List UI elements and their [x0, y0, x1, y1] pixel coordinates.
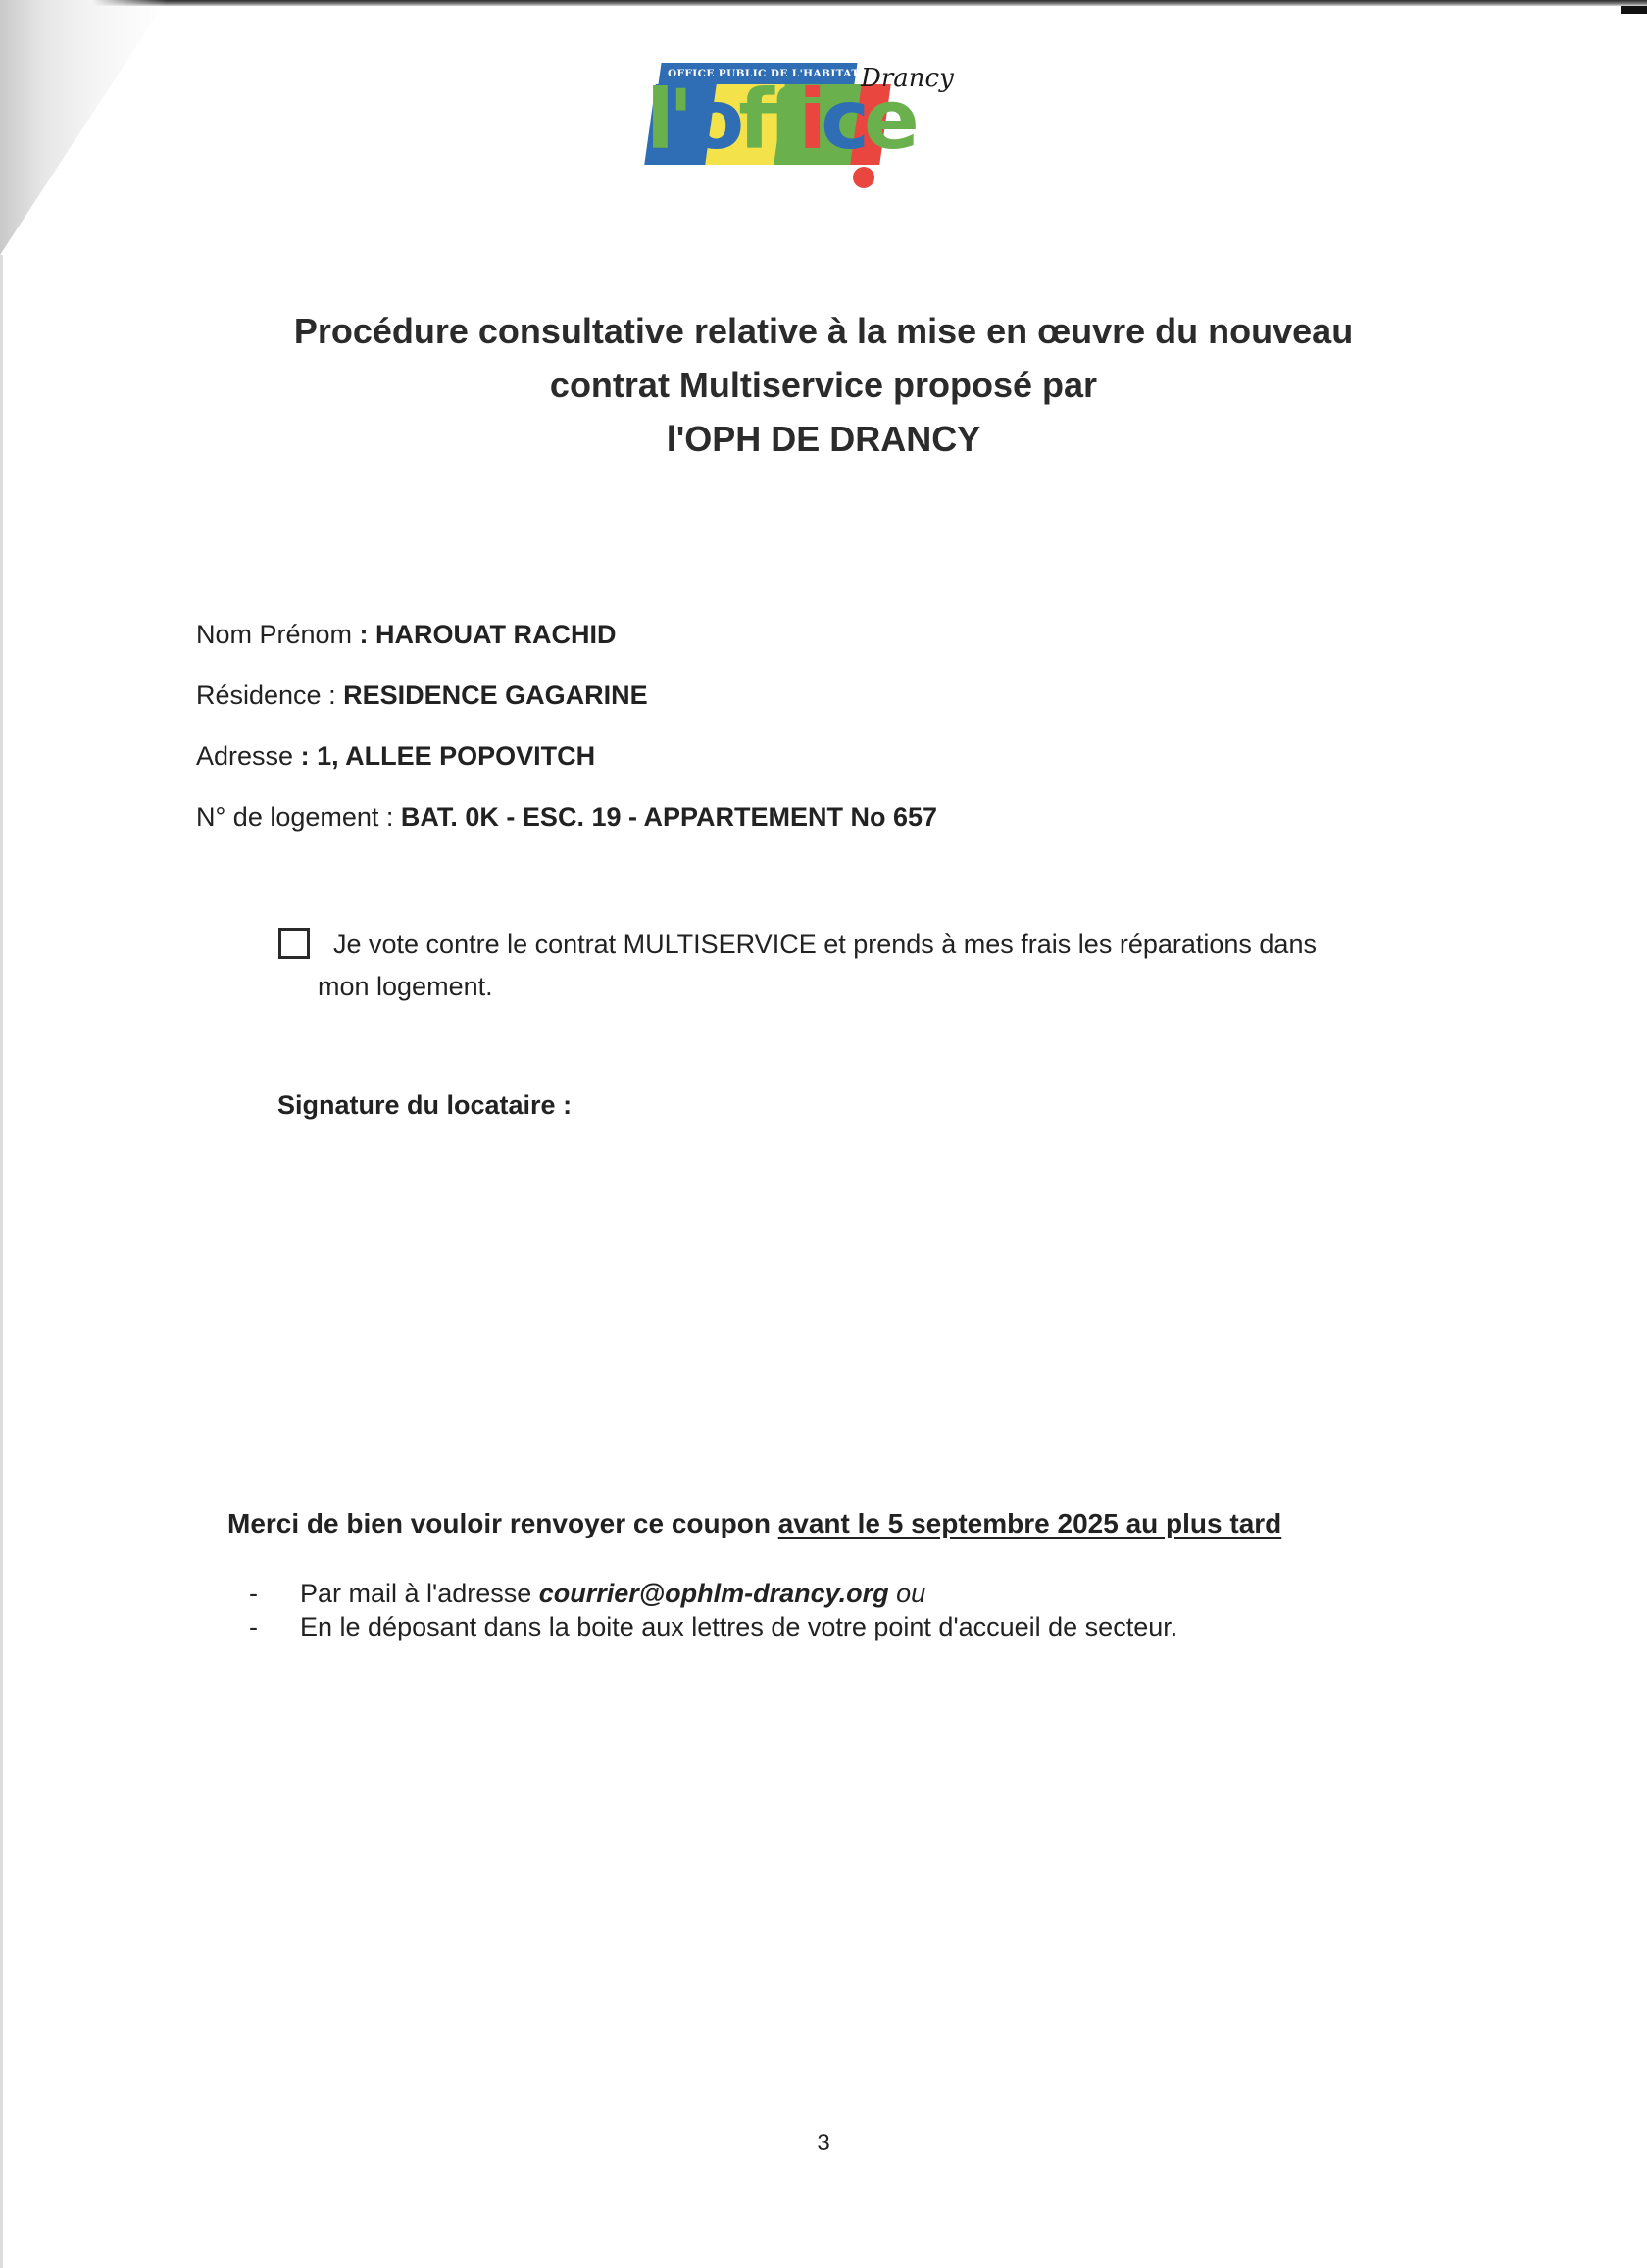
bullet-dash-icon: -	[249, 1577, 258, 1610]
title-line: l'OPH DE DRANCY	[0, 412, 1647, 466]
field-label: Résidence	[196, 680, 322, 710]
vote-against-checkbox[interactable]	[278, 928, 310, 959]
logo-letter: ff	[738, 78, 798, 161]
title-line: Procédure consultative relative à la mis…	[0, 304, 1647, 358]
notice-deadline: avant le 5 septembre 2025 au plus tard	[778, 1508, 1282, 1538]
field-label: Nom Prénom	[196, 620, 352, 649]
logo-letter: c	[821, 78, 864, 161]
logo-letter: l'	[646, 78, 688, 161]
scan-edge-left	[0, 255, 3, 2268]
scan-edge-top-right	[1621, 6, 1647, 14]
field-value: BAT. 0K - ESC. 19 - APPARTEMENT No 657	[401, 802, 937, 832]
logo-city: Drancy	[861, 64, 954, 93]
method-mailbox: -En le déposant dans la boite aux lettre…	[245, 1610, 1177, 1643]
document-title: Procédure consultative relative à la mis…	[0, 304, 1647, 466]
vote-option-label: Je vote contre le contrat MULTISERVICE e…	[333, 924, 1455, 1008]
scan-edge-top	[0, 0, 1647, 6]
field-name: Nom Prénom : HAROUAT RACHID	[196, 613, 937, 674]
method-suffix: ou	[889, 1579, 926, 1608]
tenant-info: Nom Prénom : HAROUAT RACHID Résidence : …	[196, 613, 937, 856]
method-email: -Par mail à l'adresse courrier@ophlm-dra…	[245, 1577, 1177, 1610]
method-prefix: Par mail à l'adresse	[300, 1579, 539, 1608]
vote-line-1: Je vote contre le contrat MULTISERVICE e…	[333, 930, 1317, 959]
vote-line-2: mon logement.	[318, 966, 1455, 1008]
logo-letter: o	[688, 78, 739, 161]
signature-label: Signature du locataire :	[277, 1090, 572, 1121]
return-methods: -Par mail à l'adresse courrier@ophlm-dra…	[245, 1577, 1177, 1643]
field-address: Adresse : 1, ALLEE POPOVITCH	[196, 734, 937, 795]
field-value: HAROUAT RACHID	[375, 620, 616, 649]
field-label: Adresse	[196, 741, 293, 771]
logo-red-dot-icon	[853, 167, 874, 188]
scan-folded-corner	[0, 0, 167, 255]
title-line: contrat Multiservice proposé par	[0, 358, 1647, 412]
return-notice: Merci de bien vouloir renvoyer ce coupon…	[227, 1508, 1281, 1539]
field-value: 1, ALLEE POPOVITCH	[317, 741, 595, 771]
page-number: 3	[0, 2130, 1647, 2157]
notice-text: Merci de bien vouloir renvoyer ce coupon	[227, 1508, 778, 1538]
oph-drancy-logo: OFFICE PUBLIC DE L'HABITAT l'office Dran…	[642, 59, 985, 191]
bullet-dash-icon: -	[249, 1610, 258, 1643]
field-value: RESIDENCE GAGARINE	[343, 680, 648, 710]
email-link[interactable]: courrier@ophlm-drancy.org	[539, 1579, 889, 1608]
field-housing-number: N° de logement : BAT. 0K - ESC. 19 - APP…	[196, 795, 937, 856]
method-prefix: En le déposant dans la boite aux lettres…	[300, 1612, 1177, 1641]
vote-option: Je vote contre le contrat MULTISERVICE e…	[278, 924, 1455, 1008]
logo-letter: i	[798, 78, 821, 161]
field-label: N° de logement	[196, 802, 378, 832]
field-residence: Résidence : RESIDENCE GAGARINE	[196, 674, 937, 734]
